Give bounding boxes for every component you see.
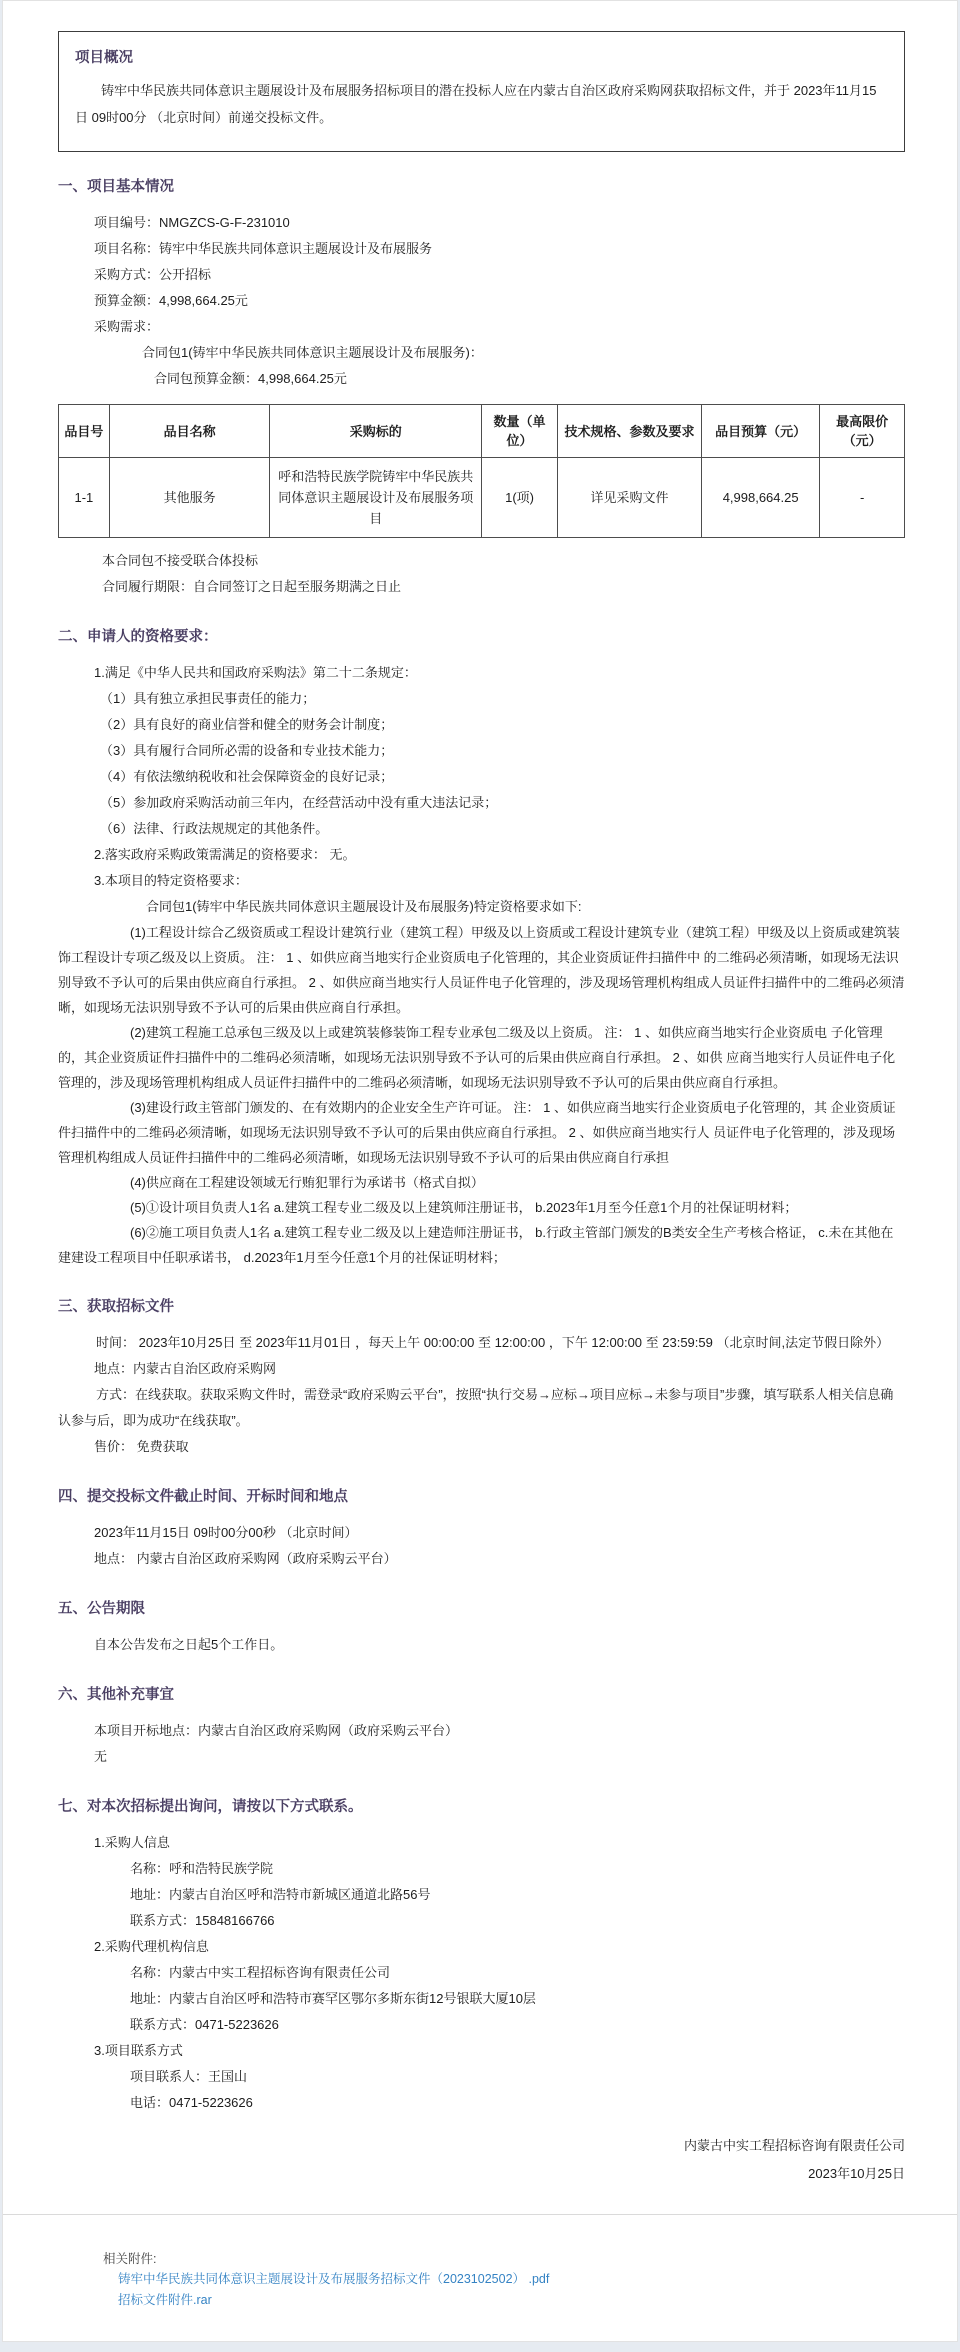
items-table-body: 1-1 其他服务 呼和浩特民族学院铸牢中华民族共同体意识主题展设计及布展服务项目… [59, 458, 905, 538]
items-table-wrap: 品目号 品目名称 采购标的 数量（单位） 技术规格、参数及要求 品目预算（元） … [58, 404, 905, 538]
specific-requirement-para: (2)建筑工程施工总承包三级及以上或建筑装修装饰工程专业承包二级及以上资质。 注… [58, 1020, 905, 1095]
qualification-item: 1.满足《中华人民共和国政府采购法》第二十二条规定： [94, 660, 905, 686]
opening-place: 本项目开标地点：内蒙古自治区政府采购网（政府采购云平台） [94, 1718, 905, 1744]
purchaser-title: 1.采购人信息 [94, 1830, 905, 1856]
bid-deadline: 2023年11月15日 09时00分00秒 （北京时间） [94, 1520, 905, 1546]
qualification-item: （1）具有独立承担民事责任的能力； [100, 686, 905, 712]
package-budget: 合同包预算金额：4,998,664.25元 [154, 366, 905, 392]
specific-requirement-para: (4)供应商在工程建设领域无行贿犯罪行为承诺书（格式自拟） [58, 1170, 905, 1195]
qualification-item: （2）具有良好的商业信誉和健全的财务会计制度； [100, 712, 905, 738]
obtain-time: 时间： 2023年10月25日 至 2023年11月01日 ，每天上午 00:0… [58, 1330, 905, 1356]
attachments-section: 相关附件: 铸牢中华民族共同体意识主题展设计及布展服务招标文件（20231025… [3, 2214, 957, 2341]
items-table: 品目号 品目名称 采购标的 数量（单位） 技术规格、参数及要求 品目预算（元） … [58, 404, 905, 538]
announcement-page: 项目概况 铸牢中华民族共同体意识主题展设计及布展服务招标项目的潜在投标人应在内蒙… [2, 0, 958, 2342]
project-contact-title: 3.项目联系方式 [94, 2038, 905, 2064]
obtain-price: 售价： 免费获取 [94, 1434, 905, 1460]
signature-company: 内蒙古中实工程招标咨询有限责任公司 [58, 2132, 905, 2160]
obtain-place: 地点：内蒙古自治区政府采购网 [94, 1356, 905, 1382]
qualification-item: 2.落实政府采购政策需满足的资格要求： 无。 [94, 842, 905, 868]
attachments-label: 相关附件: [103, 2249, 937, 2269]
specific-requirement-para: (3)建设行政主管部门颁发的、在有效期内的企业安全生产许可证。 注： 1 、如供… [58, 1095, 905, 1170]
items-table-header-cell: 品目预算（元） [701, 405, 819, 458]
package-specific-intro: 合同包1(铸牢中华民族共同体意识主题展设计及布展服务)特定资格要求如下: [146, 894, 905, 920]
section4-heading: 四、提交投标文件截止时间、开标时间和地点 [58, 1486, 905, 1508]
specific-requirement-para: (1)工程设计综合乙级资质或工程设计建筑行业（建筑工程）甲级及以上资质或工程设计… [58, 920, 905, 1020]
package-title: 合同包1(铸牢中华民族共同体意识主题展设计及布展服务)： [142, 340, 905, 366]
overview-text: 铸牢中华民族共同体意识主题展设计及布展服务招标项目的潜在投标人应在内蒙古自治区政… [75, 77, 888, 131]
items-table-header-cell: 品目号 [59, 405, 110, 458]
bid-place: 地点： 内蒙古自治区政府采购网（政府采购云平台） [94, 1546, 905, 1572]
project-overview-box: 项目概况 铸牢中华民族共同体意识主题展设计及布展服务招标项目的潜在投标人应在内蒙… [58, 31, 905, 152]
specific-requirement-para: (6)②施工项目负责人1名 a.建筑工程专业二级及以上建造师注册证书， b.行政… [58, 1220, 905, 1270]
announcement-content: 项目概况 铸牢中华民族共同体意识主题展设计及布展服务招标项目的潜在投标人应在内蒙… [3, 1, 957, 2214]
announcement-period: 自本公告发布之日起5个工作日。 [94, 1632, 905, 1658]
signature-block: 内蒙古中实工程招标咨询有限责任公司 2023年10月25日 [58, 2132, 905, 2214]
purchaser-contact: 联系方式：15848166766 [130, 1908, 905, 1934]
items-table-header-cell: 数量（单位） [481, 405, 557, 458]
section3-heading: 三、获取招标文件 [58, 1296, 905, 1318]
items-table-cell: 4,998,664.25 [701, 458, 819, 538]
table-row: 1-1 其他服务 呼和浩特民族学院铸牢中华民族共同体意识主题展设计及布展服务项目… [59, 458, 905, 538]
purchaser-name: 名称：呼和浩特民族学院 [130, 1856, 905, 1882]
items-table-cell: 1-1 [59, 458, 110, 538]
qualification-item: （3）具有履行合同所必需的设备和专业技术能力； [100, 738, 905, 764]
qualification-item: （4）有依法缴纳税收和社会保障资金的良好记录； [100, 764, 905, 790]
items-table-cell: 详见采购文件 [558, 458, 702, 538]
project-number: 项目编号：NMGZCS-G-F-231010 [94, 210, 905, 236]
agency-contact: 联系方式：0471-5223626 [130, 2012, 905, 2038]
qualification-item: 3.本项目的特定资格要求： [94, 868, 905, 894]
items-table-header-cell: 品目名称 [109, 405, 270, 458]
project-contact-person: 项目联系人：王国山 [130, 2064, 905, 2090]
agency-name: 名称：内蒙古中实工程招标咨询有限责任公司 [130, 1960, 905, 1986]
agency-address: 地址：内蒙古自治区呼和浩特市赛罕区鄂尔多斯东街12号银联大厦10层 [130, 1986, 905, 2012]
note-no-consortium: 本合同包不接受联合体投标 [102, 548, 905, 574]
note-contract-term: 合同履行期限：自合同签订之日起至服务期满之日止 [102, 574, 905, 600]
attachment-link-rar[interactable]: 招标文件附件.rar [118, 2290, 937, 2311]
items-table-cell: - [820, 458, 905, 538]
project-contact-phone: 电话：0471-5223626 [130, 2090, 905, 2116]
signature-date: 2023年10月25日 [58, 2160, 905, 2188]
specific-requirement-para: (5)①设计项目负责人1名 a.建筑工程专业二级及以上建筑师注册证书， b.20… [58, 1195, 905, 1220]
section7-heading: 七、对本次招标提出询问，请按以下方式联系。 [58, 1796, 905, 1818]
qualification-item: （6）法律、行政法规规定的其他条件。 [100, 816, 905, 842]
items-table-cell: 其他服务 [109, 458, 270, 538]
qualification-item: （5）参加政府采购活动前三年内，在经营活动中没有重大违法记录； [100, 790, 905, 816]
items-table-header-cell: 采购标的 [270, 405, 482, 458]
obtain-method: 方式：在线获取。获取采购文件时，需登录“政府采购云平台”，按照“执行交易→应标→… [58, 1382, 905, 1434]
budget-amount: 预算金额：4,998,664.25元 [94, 288, 905, 314]
purchaser-address: 地址：内蒙古自治区呼和浩特市新城区通道北路56号 [130, 1882, 905, 1908]
demand-label: 采购需求： [94, 314, 905, 340]
project-name: 项目名称：铸牢中华民族共同体意识主题展设计及布展服务 [94, 236, 905, 262]
section2-heading: 二、申请人的资格要求： [58, 626, 905, 648]
agency-title: 2.采购代理机构信息 [94, 1934, 905, 1960]
section6-heading: 六、其他补充事宜 [58, 1684, 905, 1706]
overview-title: 项目概况 [75, 46, 888, 67]
items-table-cell: 1(项) [481, 458, 557, 538]
items-table-header-cell: 技术规格、参数及要求 [558, 405, 702, 458]
items-table-header-row: 品目号 品目名称 采购标的 数量（单位） 技术规格、参数及要求 品目预算（元） … [59, 405, 905, 458]
attachment-link-pdf[interactable]: 铸牢中华民族共同体意识主题展设计及布展服务招标文件（2023102502） .p… [118, 2269, 937, 2290]
procurement-method: 采购方式：公开招标 [94, 262, 905, 288]
items-table-head: 品目号 品目名称 采购标的 数量（单位） 技术规格、参数及要求 品目预算（元） … [59, 405, 905, 458]
section5-heading: 五、公告期限 [58, 1598, 905, 1620]
items-table-cell: 呼和浩特民族学院铸牢中华民族共同体意识主题展设计及布展服务项目 [270, 458, 482, 538]
other-none: 无 [94, 1744, 905, 1770]
section1-heading: 一、项目基本情况 [58, 176, 905, 198]
items-table-header-cell: 最高限价（元） [820, 405, 905, 458]
